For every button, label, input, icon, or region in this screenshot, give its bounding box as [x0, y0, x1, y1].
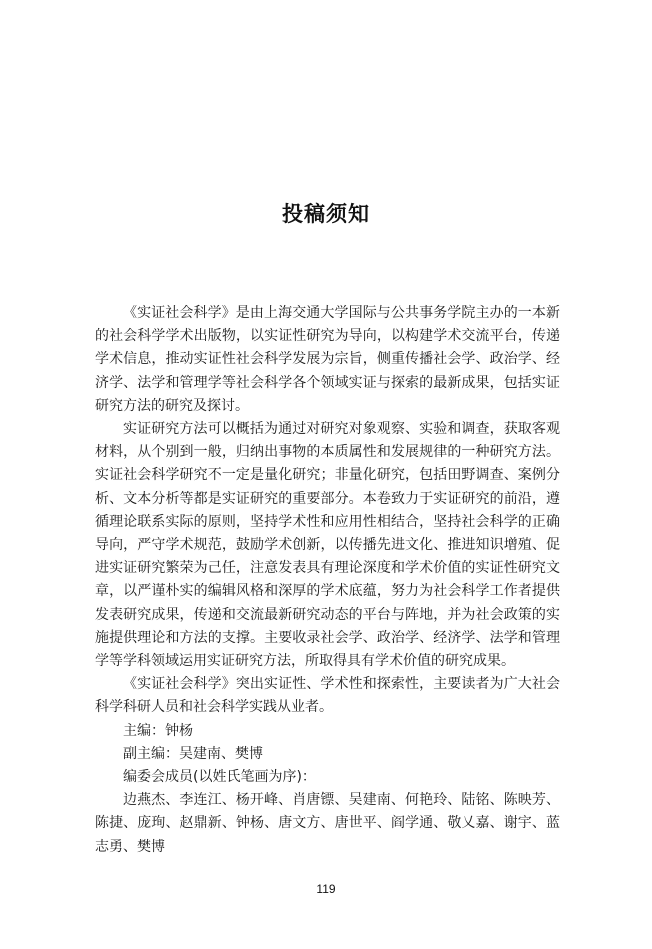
document-page: 投稿须知 《实证社会科学》是由上海交通大学国际与公共事务学院主办的一本新的社会科… [0, 0, 652, 949]
paragraph-readership: 《实证社会科学》突出实证性、学术性和探索性，主要读者为广大社会科学科研人员和社会… [95, 673, 560, 719]
editorial-board-heading: 编委会成员(以姓氏笔画为序)： [95, 766, 560, 789]
page-number: 119 [0, 882, 652, 896]
paragraph-empirical-method: 实证研究方法可以概括为通过对研究对象观察、实验和调查，获取客观材料，从个别到一般… [95, 418, 560, 673]
body-text: 《实证社会科学》是由上海交通大学国际与公共事务学院主办的一本新的社会科学学术出版… [95, 302, 560, 859]
page-title: 投稿须知 [0, 198, 652, 228]
deputy-editors: 副主编：吴建南、樊博 [95, 743, 560, 766]
editor-in-chief: 主编：钟杨 [95, 720, 560, 743]
editorial-board-members: 边燕杰、李连江、杨开峰、肖唐镖、吴建南、何艳玲、陆铭、陈映芳、陈捷、庞珣、赵鼎新… [95, 789, 560, 859]
paragraph-journal-intro: 《实证社会科学》是由上海交通大学国际与公共事务学院主办的一本新的社会科学学术出版… [95, 302, 560, 418]
